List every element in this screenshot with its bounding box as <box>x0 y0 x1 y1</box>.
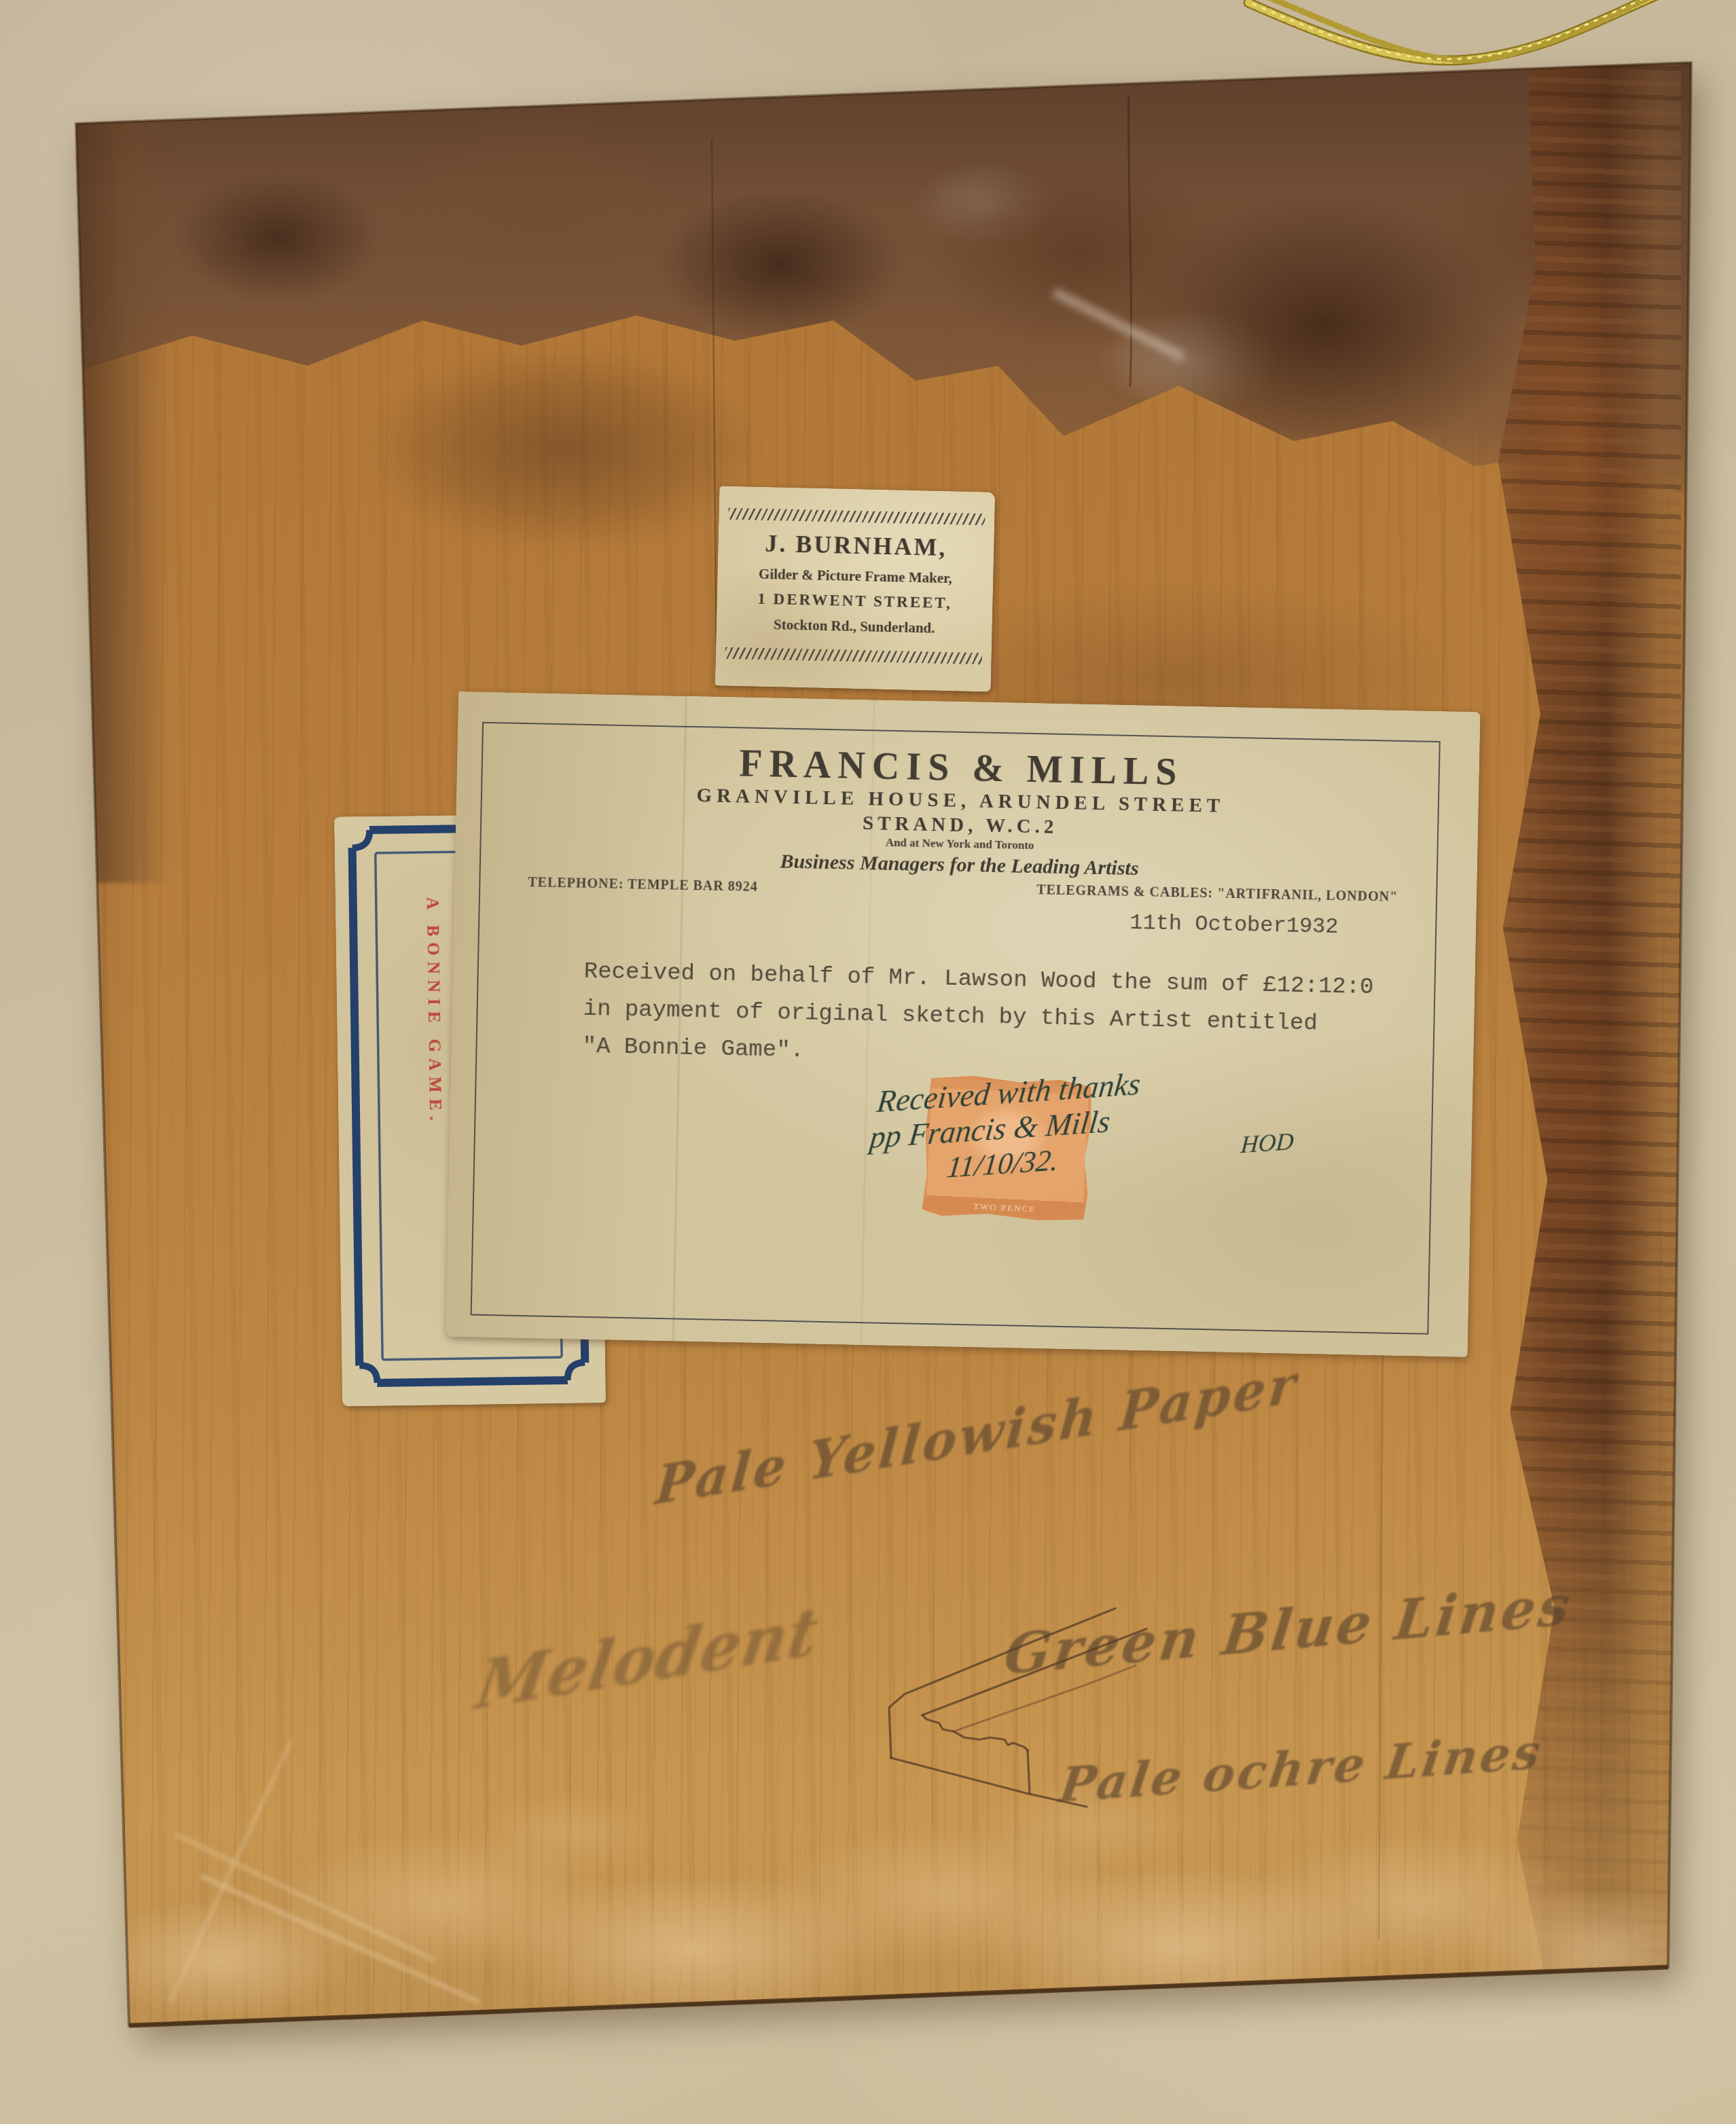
gold-hanging-cord-icon <box>0 0 1736 2124</box>
photo-frame-back: A BONNIE GAME. J. BURNHAM, Gilder & Pict… <box>0 0 1736 2124</box>
